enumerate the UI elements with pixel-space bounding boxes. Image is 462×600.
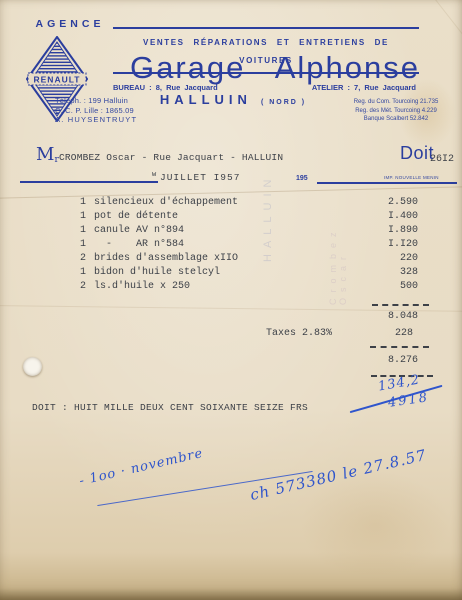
item-price: I.400: [360, 211, 418, 225]
item-qty: 1: [80, 267, 94, 281]
line-items: 1silencieux d'échappement2.590 1pot de d…: [80, 197, 418, 295]
amount-in-words: DOIT : HUIT MILLE DEUX CENT SOIXANTE SEI…: [32, 402, 308, 413]
item-desc: silencieux d'échappement: [94, 197, 360, 211]
printer-mark: IMP. NOUVELLE MENIN: [384, 176, 439, 181]
address-row: BUREAU : 8, Rue Jacquard ATELIER : 7, Ru…: [113, 83, 416, 92]
atelier-address: ATELIER : 7, Rue Jacquard: [312, 83, 416, 92]
item-qty: 1: [80, 225, 94, 239]
phone-line: Téléph. : 199 Halluin: [55, 96, 137, 106]
item-price: 220: [360, 253, 418, 267]
grand-total-amount: 8.276: [360, 355, 418, 366]
item-qty: 2: [80, 281, 94, 295]
reg-met-line: Reg. des Mét. Tourcoing 4.229: [336, 107, 456, 116]
registration-block: Reg. du Com. Tourcoing 21.735 Reg. des M…: [336, 98, 456, 124]
date-rule-left: [20, 181, 158, 183]
punch-hole: [23, 357, 42, 376]
owner-line: A. HUYSENTRUYT: [55, 115, 137, 125]
item-price: 328: [360, 267, 418, 281]
totals-divider: [370, 346, 429, 348]
customer-name: CROMBEZ Oscar - Rue Jacquart - HALLUIN: [59, 152, 283, 163]
invoice-number: 26I2: [430, 154, 454, 165]
date-rule-right: [317, 182, 457, 184]
table-row: 2brides d'assemblage xIIO220: [80, 253, 418, 267]
contact-block: Téléph. : 199 Halluin C. C. P. Lille : 1…: [55, 96, 137, 125]
city-department: ( NORD ): [261, 99, 306, 106]
invoice-document: HALLUIN Crombez Oscar AGENCE RENAULT VEN…: [0, 0, 462, 600]
item-desc: pot de détente: [94, 211, 360, 225]
subtotal-amount: 8.048: [360, 311, 418, 322]
table-row: 1silencieux d'échappement2.590: [80, 197, 418, 211]
item-price: I.890: [360, 225, 418, 239]
bank-line: Banque Scalbert 52.842: [336, 115, 456, 124]
table-row: 1pot de détenteI.400: [80, 211, 418, 225]
salutation: Mr: [36, 144, 59, 165]
paper-crease: [421, 0, 462, 76]
item-qty: 2: [80, 253, 94, 267]
handwritten-cheque-note: ch 573380 le 27.8.57: [248, 446, 428, 504]
reg-com-line: Reg. du Com. Tourcoing 21.735: [336, 98, 456, 107]
title-word-alphonse: Alphonse: [275, 50, 420, 86]
bureau-address: BUREAU : 8, Rue Jacquard: [113, 83, 218, 92]
table-row: 1bidon d'huile stelcyl328: [80, 267, 418, 281]
table-row: 1canule AV n°894I.890: [80, 225, 418, 239]
city-row: HALLUIN ( NORD ): [148, 92, 318, 107]
item-price: I.I20: [360, 239, 418, 253]
item-desc: ls.d'huile x 250: [94, 281, 360, 295]
salutation-m: M: [36, 144, 54, 165]
table-row: 1 - AR n°584I.I20: [80, 239, 418, 253]
item-qty: 1: [80, 239, 94, 253]
item-desc: - AR n°584: [94, 239, 360, 253]
item-desc: brides d'assemblage xIIO: [94, 253, 360, 267]
item-price: 500: [360, 281, 418, 295]
item-desc: bidon d'huile stelcyl: [94, 267, 360, 281]
item-qty: 1: [80, 197, 94, 211]
item-price: 2.590: [360, 197, 418, 211]
invoice-date: JUILLET I957: [160, 172, 240, 183]
tax-label: Taxes 2.83%: [266, 328, 332, 339]
item-desc: canule AV n°894: [94, 225, 360, 239]
city-name: HALLUIN: [160, 92, 252, 107]
ccp-line: C. C. P. Lille : 1865.09: [55, 106, 137, 116]
totals-divider: [372, 304, 429, 306]
agence-label: AGENCE: [30, 18, 110, 30]
garage-title: Garage Alphonse: [130, 50, 420, 86]
table-row: 2ls.d'huile x 250500: [80, 281, 418, 295]
printed-year-prefix: 195: [296, 175, 308, 182]
tax-amount: 228: [355, 328, 413, 339]
item-qty: 1: [80, 211, 94, 225]
typed-stray-char: w: [152, 171, 156, 179]
title-word-garage: Garage: [130, 50, 245, 86]
doit-label: Doit: [400, 143, 434, 164]
handwritten-note-left: - 1oo · novembre: [78, 446, 205, 489]
renault-logo-text: RENAULT: [34, 75, 81, 85]
